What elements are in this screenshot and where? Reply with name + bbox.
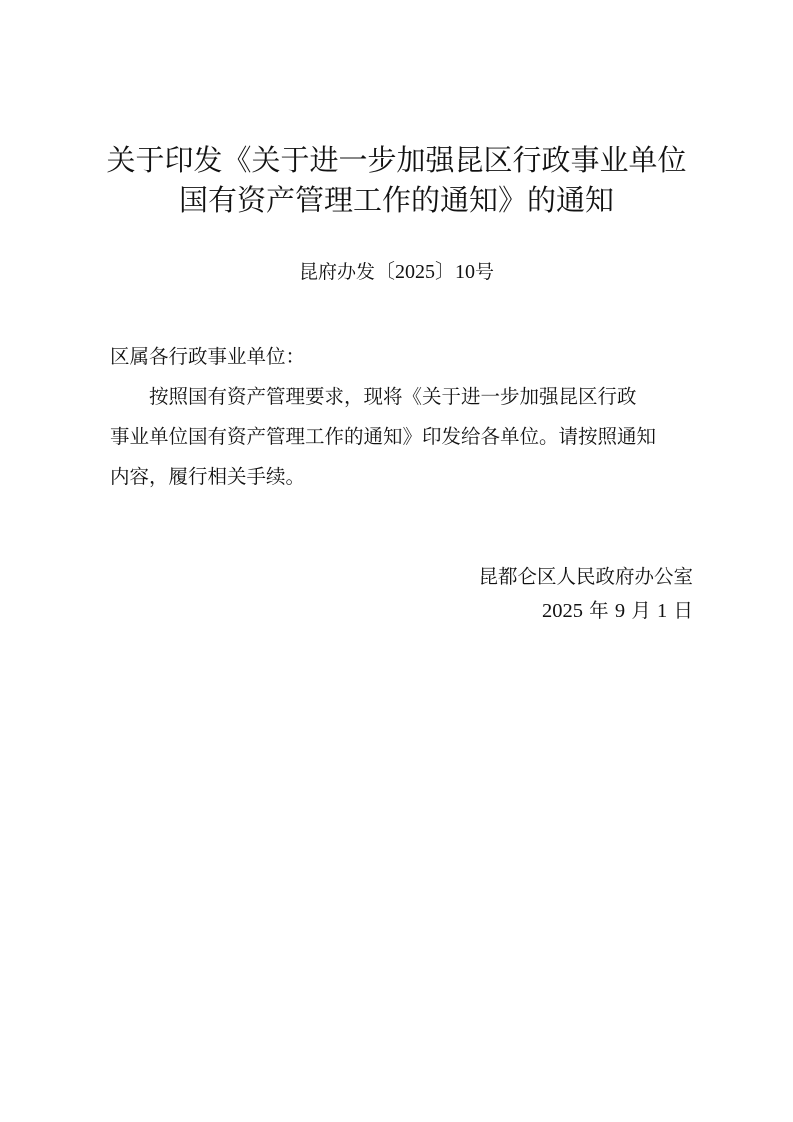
doc-number-year: 〔2025〕 [375,261,455,283]
date-year: 2025 [542,600,583,622]
date-month-label: 月 [631,599,651,622]
salutation: 区属各行政事业单位： [110,337,695,377]
date-day-label: 日 [673,599,693,622]
doc-number-suffix: 号 [475,261,494,283]
document-title: 关于印发《关于进一步加强昆区行政事业单位 国有资产管理工作的通知》的通知 [100,140,693,220]
document-page: 关于印发《关于进一步加强昆区行政事业单位 国有资产管理工作的通知》的通知 昆府办… [0,0,793,1122]
title-line-1: 关于印发《关于进一步加强昆区行政事业单位 [100,140,693,180]
doc-number-serial: 10 [455,261,475,283]
date-month: 9 [615,600,625,622]
signature-block: 昆都仑区人民政府办公室 2025 年 9 月 1 日 [478,560,693,628]
date-day: 1 [657,600,667,622]
doc-number-prefix: 昆府办发 [299,261,375,283]
issuer-name: 昆都仑区人民政府办公室 [478,560,693,594]
document-number: 昆府办发〔2025〕10号 [100,258,693,286]
document-body: 区属各行政事业单位： 按照国有资产管理要求，现将《关于进一步加强昆区行政 事业单… [110,337,695,497]
issue-date: 2025 年 9 月 1 日 [478,594,693,628]
body-line-3: 内容，履行相关手续。 [110,457,695,497]
date-year-label: 年 [589,599,609,622]
body-line-1: 按照国有资产管理要求，现将《关于进一步加强昆区行政 [110,377,695,417]
body-line-2: 事业单位国有资产管理工作的通知》印发给各单位。请按照通知 [110,417,695,457]
title-line-2: 国有资产管理工作的通知》的通知 [100,180,693,220]
